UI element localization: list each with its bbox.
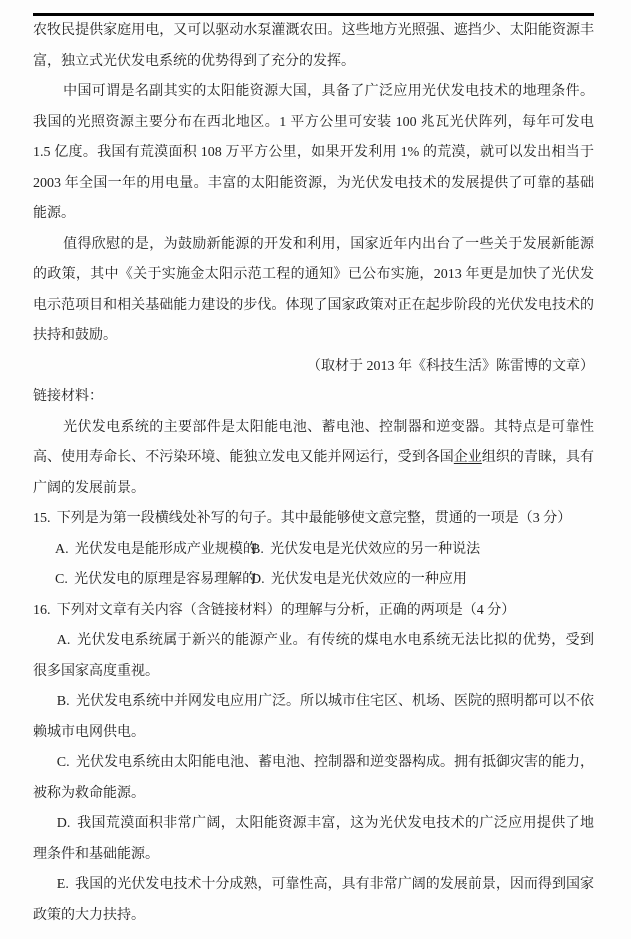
question-15-option-d: D.光伏发电是光伏效应的一种应用 xyxy=(251,572,467,587)
question-16-option-c-text: 光伏发电系统由太阳能电池、蓄电池、控制器和逆变器构成。拥有抵御灾害的能力，被称为… xyxy=(33,755,594,801)
question-15-option-row-2: C.光伏发电的原理是容易理解的D.光伏发电是光伏效应的一种应用 xyxy=(33,565,594,596)
document-page: 农牧民提供家庭用电，又可以驱动水泵灌溉农田。这些地方光照强、遮挡少、太阳能资源丰… xyxy=(0,0,631,939)
question-16-option-c: C.光伏发电系统由太阳能电池、蓄电池、控制器和逆变器构成。拥有抵御灾害的能力，被… xyxy=(33,748,594,809)
question-16-option-a-text: 光伏发电系统属于新兴的能源产业。有传统的煤电水电系统无法比拟的优势，受到很多国家… xyxy=(33,633,594,679)
question-15-stem-text: 下列是为第一段横线处补写的句子。其中最能够使文意完整，贯通的一项是（3 分） xyxy=(57,511,572,526)
question-16-option-e-label: E. xyxy=(57,877,69,892)
question-16-option-e: E.我国的光伏发电技术十分成熟，可靠性高，具有非常广阔的发展前景，因而得到国家政… xyxy=(33,870,594,931)
question-15-option-d-label: D. xyxy=(251,572,265,587)
question-16-option-e-text: 我国的光伏发电技术十分成熟，可靠性高，具有非常广阔的发展前景，因而得到国家政策的… xyxy=(33,877,594,923)
question-16-option-c-label: C. xyxy=(57,755,70,770)
question-15-option-c-text: 光伏发电的原理是容易理解的 xyxy=(74,572,256,587)
question-15-option-a-label: A. xyxy=(55,542,69,557)
question-16-number: 16. xyxy=(33,603,51,618)
question-16-option-d-label: D. xyxy=(57,816,71,831)
underlined-term: 企业 xyxy=(454,450,482,465)
question-15-option-c-label: C. xyxy=(55,572,68,587)
link-material-paragraph: 光伏发电系统的主要部件是太阳能电池、蓄电池、控制器和逆变器。其特点是可靠性高、使… xyxy=(33,413,594,505)
source-citation: （取材于 2013 年《科技生活》陈雷博的文章） xyxy=(33,352,594,383)
link-material-label: 链接材料： xyxy=(33,382,594,413)
question-15-option-d-text: 光伏发电是光伏效应的一种应用 xyxy=(271,572,467,587)
question-15-options: A.光伏发电是能形成产业规模的B.光伏发电是光伏效应的另一种说法 C.光伏发电的… xyxy=(33,535,594,596)
question-15-option-b-label: B. xyxy=(251,542,264,557)
article-paragraph-1: 农牧民提供家庭用电，又可以驱动水泵灌溉农田。这些地方光照强、遮挡少、太阳能资源丰… xyxy=(33,16,594,77)
question-16-stem-text: 下列对文章有关内容（含链接材料）的理解与分析，正确的两项是（4 分） xyxy=(57,603,516,618)
question-15-number: 15. xyxy=(33,511,51,526)
question-15-option-a: A.光伏发电是能形成产业规模的 xyxy=(55,535,251,566)
question-16-option-b-text: 光伏发电系统中并网发电应用广泛。所以城市住宅区、机场、医院的照明都可以不依赖城市… xyxy=(33,694,594,740)
question-15-stem: 15.下列是为第一段横线处补写的句子。其中最能够使文意完整，贯通的一项是（3 分… xyxy=(33,504,594,535)
question-16-option-a: A.光伏发电系统属于新兴的能源产业。有传统的煤电水电系统无法比拟的优势，受到很多… xyxy=(33,626,594,687)
question-16-option-d-text: 我国荒漠面积非常广阔，太阳能资源丰富，这为光伏发电技术的广泛应用提供了地理条件和… xyxy=(33,816,594,862)
question-16-option-a-label: A. xyxy=(57,633,71,648)
question-16-option-b: B.光伏发电系统中并网发电应用广泛。所以城市住宅区、机场、医院的照明都可以不依赖… xyxy=(33,687,594,748)
question-16-option-d: D.我国荒漠面积非常广阔，太阳能资源丰富，这为光伏发电技术的广泛应用提供了地理条… xyxy=(33,809,594,870)
question-15-option-row-1: A.光伏发电是能形成产业规模的B.光伏发电是光伏效应的另一种说法 xyxy=(33,535,594,566)
question-16-stem: 16.下列对文章有关内容（含链接材料）的理解与分析，正确的两项是（4 分） xyxy=(33,596,594,627)
question-15-option-b-text: 光伏发电是光伏效应的另一种说法 xyxy=(270,542,480,557)
question-16-option-b-label: B. xyxy=(57,694,70,709)
article-paragraph-2: 中国可谓是名副其实的太阳能资源大国，具备了广泛应用光伏发电技术的地理条件。我国的… xyxy=(33,77,594,230)
question-15-option-c: C.光伏发电的原理是容易理解的 xyxy=(55,565,251,596)
question-15-option-a-text: 光伏发电是能形成产业规模的 xyxy=(75,542,257,557)
article-paragraph-3: 值得欣慰的是，为鼓励新能源的开发和利用，国家近年内出台了一些关于发展新能源的政策… xyxy=(33,230,594,352)
question-15-option-b: B.光伏发电是光伏效应的另一种说法 xyxy=(251,542,480,557)
